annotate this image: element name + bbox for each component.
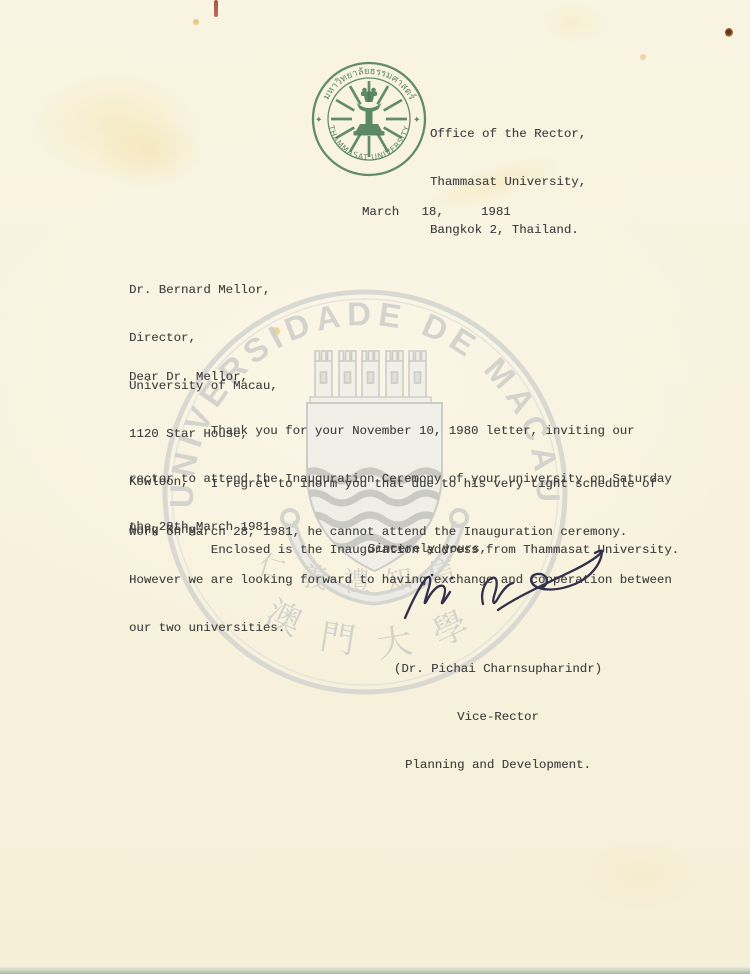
thammasat-university-seal: มหาวิทยาลัยธรรมศาสตร์ THAMMASAT UNIVERSI… — [310, 60, 428, 178]
paper-stain — [640, 54, 646, 60]
red-ink-mark — [214, 0, 218, 17]
letterhead-office-address: Office of the Rector, Thammasat Universi… — [430, 94, 586, 270]
recipient-line: Director, — [129, 330, 278, 346]
signer-name: (Dr. Pichai Charnsupharindr) — [385, 661, 611, 677]
signer-title: Vice-Rector — [385, 709, 611, 725]
brown-spot — [725, 28, 733, 37]
office-line: Thammasat University, — [430, 174, 586, 190]
seal-ornament-left-icon: ✦ — [315, 116, 323, 126]
office-line: Bangkok 2, Thailand. — [430, 222, 586, 238]
handwritten-signature — [395, 542, 615, 627]
paper-stain — [193, 19, 199, 25]
paper-stain — [95, 115, 205, 190]
paper-stain — [580, 840, 700, 910]
paper-stain — [538, 0, 608, 45]
office-line: Office of the Rector, — [430, 126, 586, 142]
constitution-on-pedestal-icon — [354, 88, 385, 136]
salutation: Dear Dr. Mellor, — [129, 369, 248, 385]
date-line: March 18, 1981 — [362, 204, 511, 220]
seal-ornament-right-icon: ✦ — [413, 116, 421, 126]
paper-stain — [30, 70, 200, 180]
recipient-line: Dr. Bernard Mellor, — [129, 282, 278, 298]
body-line: Thank you for your November 10, 1980 let… — [129, 423, 672, 439]
signer-block: (Dr. Pichai Charnsupharindr) Vice-Rector… — [385, 629, 611, 805]
body-line: I regret to inorm you that due to his ve… — [129, 476, 672, 492]
scanned-letter-page: UNIVERSIDADE DE MACAU — [0, 0, 750, 974]
signer-department: Planning and Development. — [385, 757, 611, 773]
scan-bottom-edge — [0, 966, 750, 974]
